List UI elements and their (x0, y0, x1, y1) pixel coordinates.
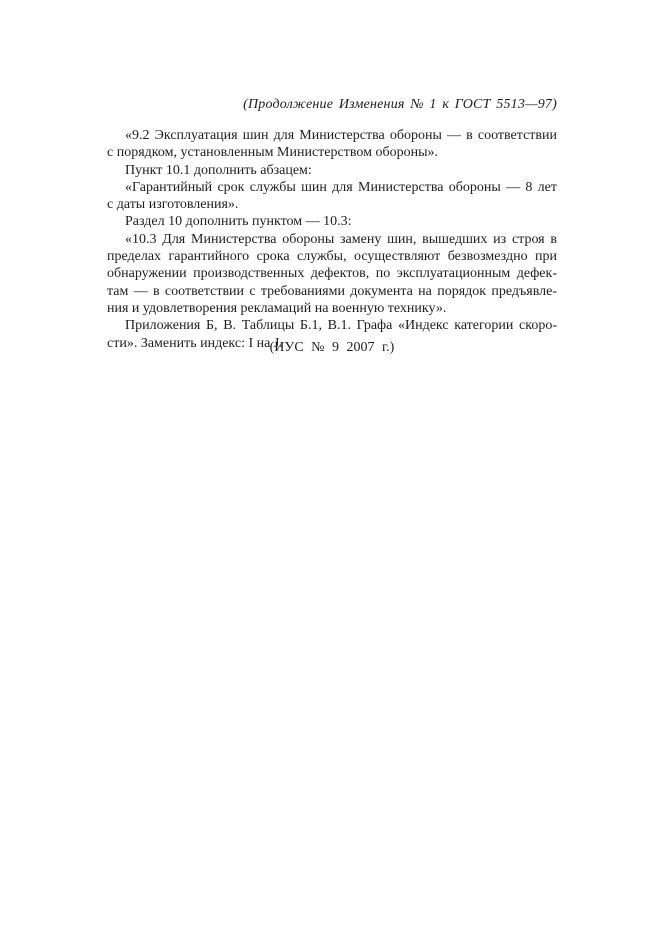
text-line: «Гарантийный срок службы шин для Министе… (107, 179, 557, 196)
text-line: пределах гарантийного срока службы, осущ… (107, 248, 557, 265)
document-body: «9.2 Эксплуатация шин для Министерства о… (107, 127, 557, 352)
publication-source-note: (ИУС № 9 2007 г.) (107, 339, 557, 356)
document-page: (Продолжение Изменения № 1 к ГОСТ 5513—9… (0, 0, 661, 936)
paragraph: Пункт 10.1 дополнить абзацем: (107, 162, 557, 179)
text-line: обнаружении производственных дефектов, п… (107, 265, 557, 282)
text-line: Раздел 10 дополнить пунктом — 10.3: (107, 213, 557, 230)
paragraph: «10.3 Для Министерства обороны замену ши… (107, 231, 557, 317)
text-line: Приложения Б, В. Таблицы Б.1, В.1. Графа… (107, 317, 557, 334)
text-line: ния и удовлетворения рекламаций на военн… (107, 300, 557, 317)
continuation-header: (Продолжение Изменения № 1 к ГОСТ 5513—9… (107, 96, 557, 113)
text-line: «9.2 Эксплуатация шин для Министерства о… (107, 127, 557, 144)
text-line: с порядком, установленным Министерством … (107, 144, 557, 161)
text-line: с даты изготовления». (107, 196, 557, 213)
paragraph: «9.2 Эксплуатация шин для Министерства о… (107, 127, 557, 162)
text-line: «10.3 Для Министерства обороны замену ши… (107, 231, 557, 248)
text-line: Пункт 10.1 дополнить абзацем: (107, 162, 557, 179)
paragraph: Раздел 10 дополнить пунктом — 10.3: (107, 213, 557, 230)
text-line: там — в соответствии с требованиями доку… (107, 283, 557, 300)
paragraph: «Гарантийный срок службы шин для Министе… (107, 179, 557, 214)
